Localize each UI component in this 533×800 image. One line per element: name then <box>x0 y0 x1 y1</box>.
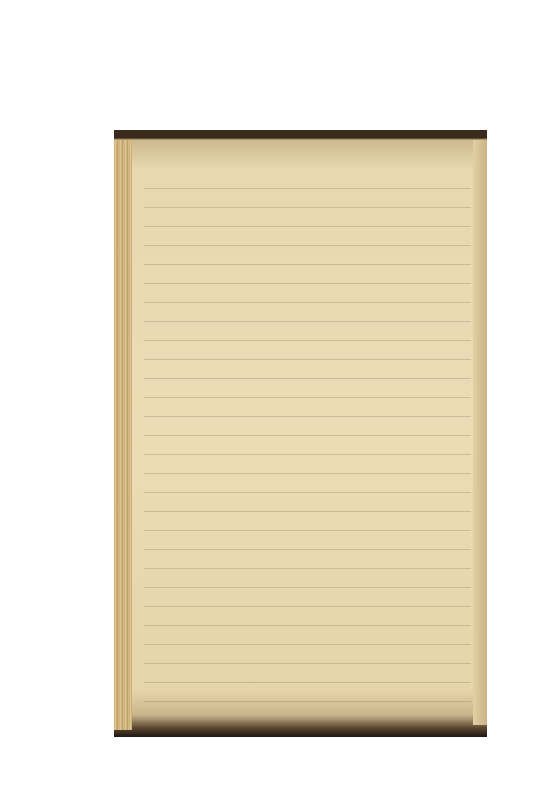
book-spine <box>114 140 132 730</box>
ledger-photo <box>114 130 487 737</box>
page-edge <box>473 140 487 725</box>
ruled-lines <box>144 170 471 717</box>
